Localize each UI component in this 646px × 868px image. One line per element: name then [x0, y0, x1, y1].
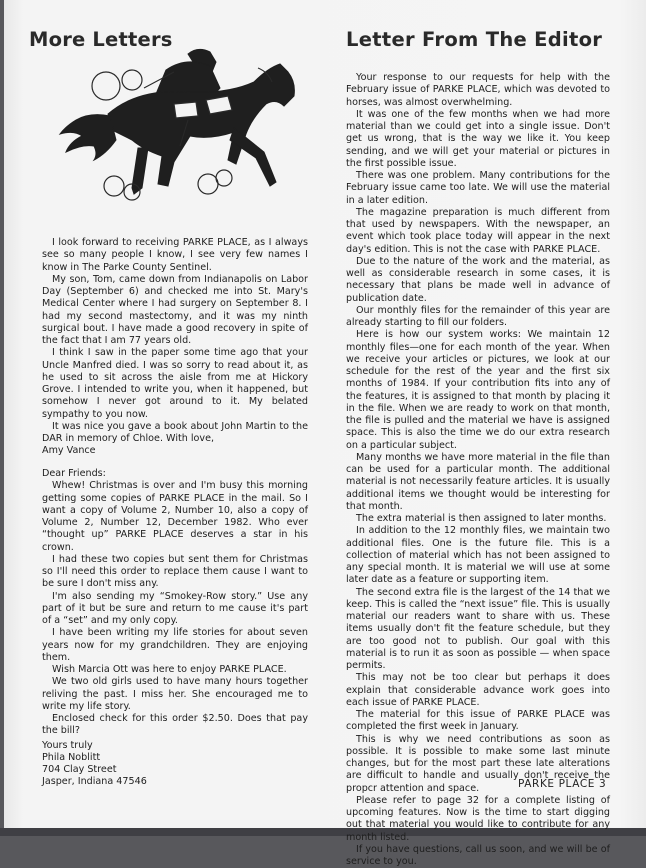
editor-paragraph: The extra material is then assigned to l…: [346, 513, 610, 525]
editor-paragraph: Please refer to page 32 for a complete l…: [346, 795, 610, 836]
editor-paragraph: The material for this issue of PARKE PLA…: [346, 709, 610, 734]
letter-paragraph: I look forward to receiving PARKE PLACE,…: [42, 237, 308, 274]
footer-page-number: 3: [599, 778, 606, 790]
signature-name: Phila Noblitt: [42, 752, 308, 764]
horse-and-rider-illustration: [48, 28, 300, 220]
footer-publication: PARKE PLACE: [518, 778, 595, 790]
editor-paragraph: Your response to our requests for help w…: [346, 72, 610, 109]
letter-paragraph: I had these two copies but sent them for…: [42, 554, 308, 591]
letter-phila-noblitt: Dear Friends: Whew! Christmas is over an…: [42, 468, 308, 789]
address-city: Jasper, Indiana 47546: [42, 776, 308, 788]
editor-paragraph: Here is how our system works: We maintai…: [346, 329, 610, 452]
letter-paragraph: My son, Tom, came down from Indianapolis…: [42, 274, 308, 348]
address-street: 704 Clay Street: [42, 764, 308, 776]
editor-paragraph: In addition to the 12 monthly files, we …: [346, 525, 610, 586]
editor-paragraph: The magazine preparation is much differe…: [346, 207, 610, 256]
letter-from-editor-heading: Letter From The Editor: [346, 28, 602, 51]
signature-block: Yours truly Phila Noblitt 704 Clay Stree…: [42, 740, 308, 789]
closing: Yours truly: [42, 740, 308, 752]
salutation: Dear Friends:: [42, 468, 308, 480]
letter-paragraph: I'm also sending my “Smokey-Row story.” …: [42, 591, 308, 628]
letter-paragraph: Whew! Christmas is over and I'm busy thi…: [42, 480, 308, 554]
letter-paragraph: Enclosed check for this order $2.50. Doe…: [42, 713, 308, 738]
editor-paragraph: Many months we have more material in the…: [346, 452, 610, 513]
letter-paragraph: Wish Marcia Ott was here to enjoy PARKE …: [42, 664, 308, 676]
editor-paragraph: Our monthly files for the remainder of t…: [346, 305, 610, 330]
signature-amy-vance: Amy Vance: [42, 445, 308, 457]
editor-paragraph: This may not be too clear but perhaps it…: [346, 672, 610, 709]
editor-paragraph: It was one of the few months when we had…: [346, 109, 610, 170]
editor-paragraph: There was one problem. Many contribution…: [346, 170, 610, 207]
editor-paragraph: The second extra file is the largest of …: [346, 587, 610, 673]
letter-amy-vance: I look forward to receiving PARKE PLACE,…: [42, 237, 308, 458]
letter-paragraph: I think I saw in the paper some time ago…: [42, 347, 308, 421]
letter-paragraph: I have been writing my life stories for …: [42, 627, 308, 664]
editor-letter-body: Your response to our requests for help w…: [346, 72, 610, 836]
letter-paragraph: It was nice you gave a book about John M…: [42, 421, 308, 446]
editor-paragraph: Due to the nature of the work and the ma…: [346, 256, 610, 305]
letter-paragraph: We two old girls used to have many hours…: [42, 676, 308, 713]
page-footer: PARKE PLACE 3: [518, 778, 606, 790]
